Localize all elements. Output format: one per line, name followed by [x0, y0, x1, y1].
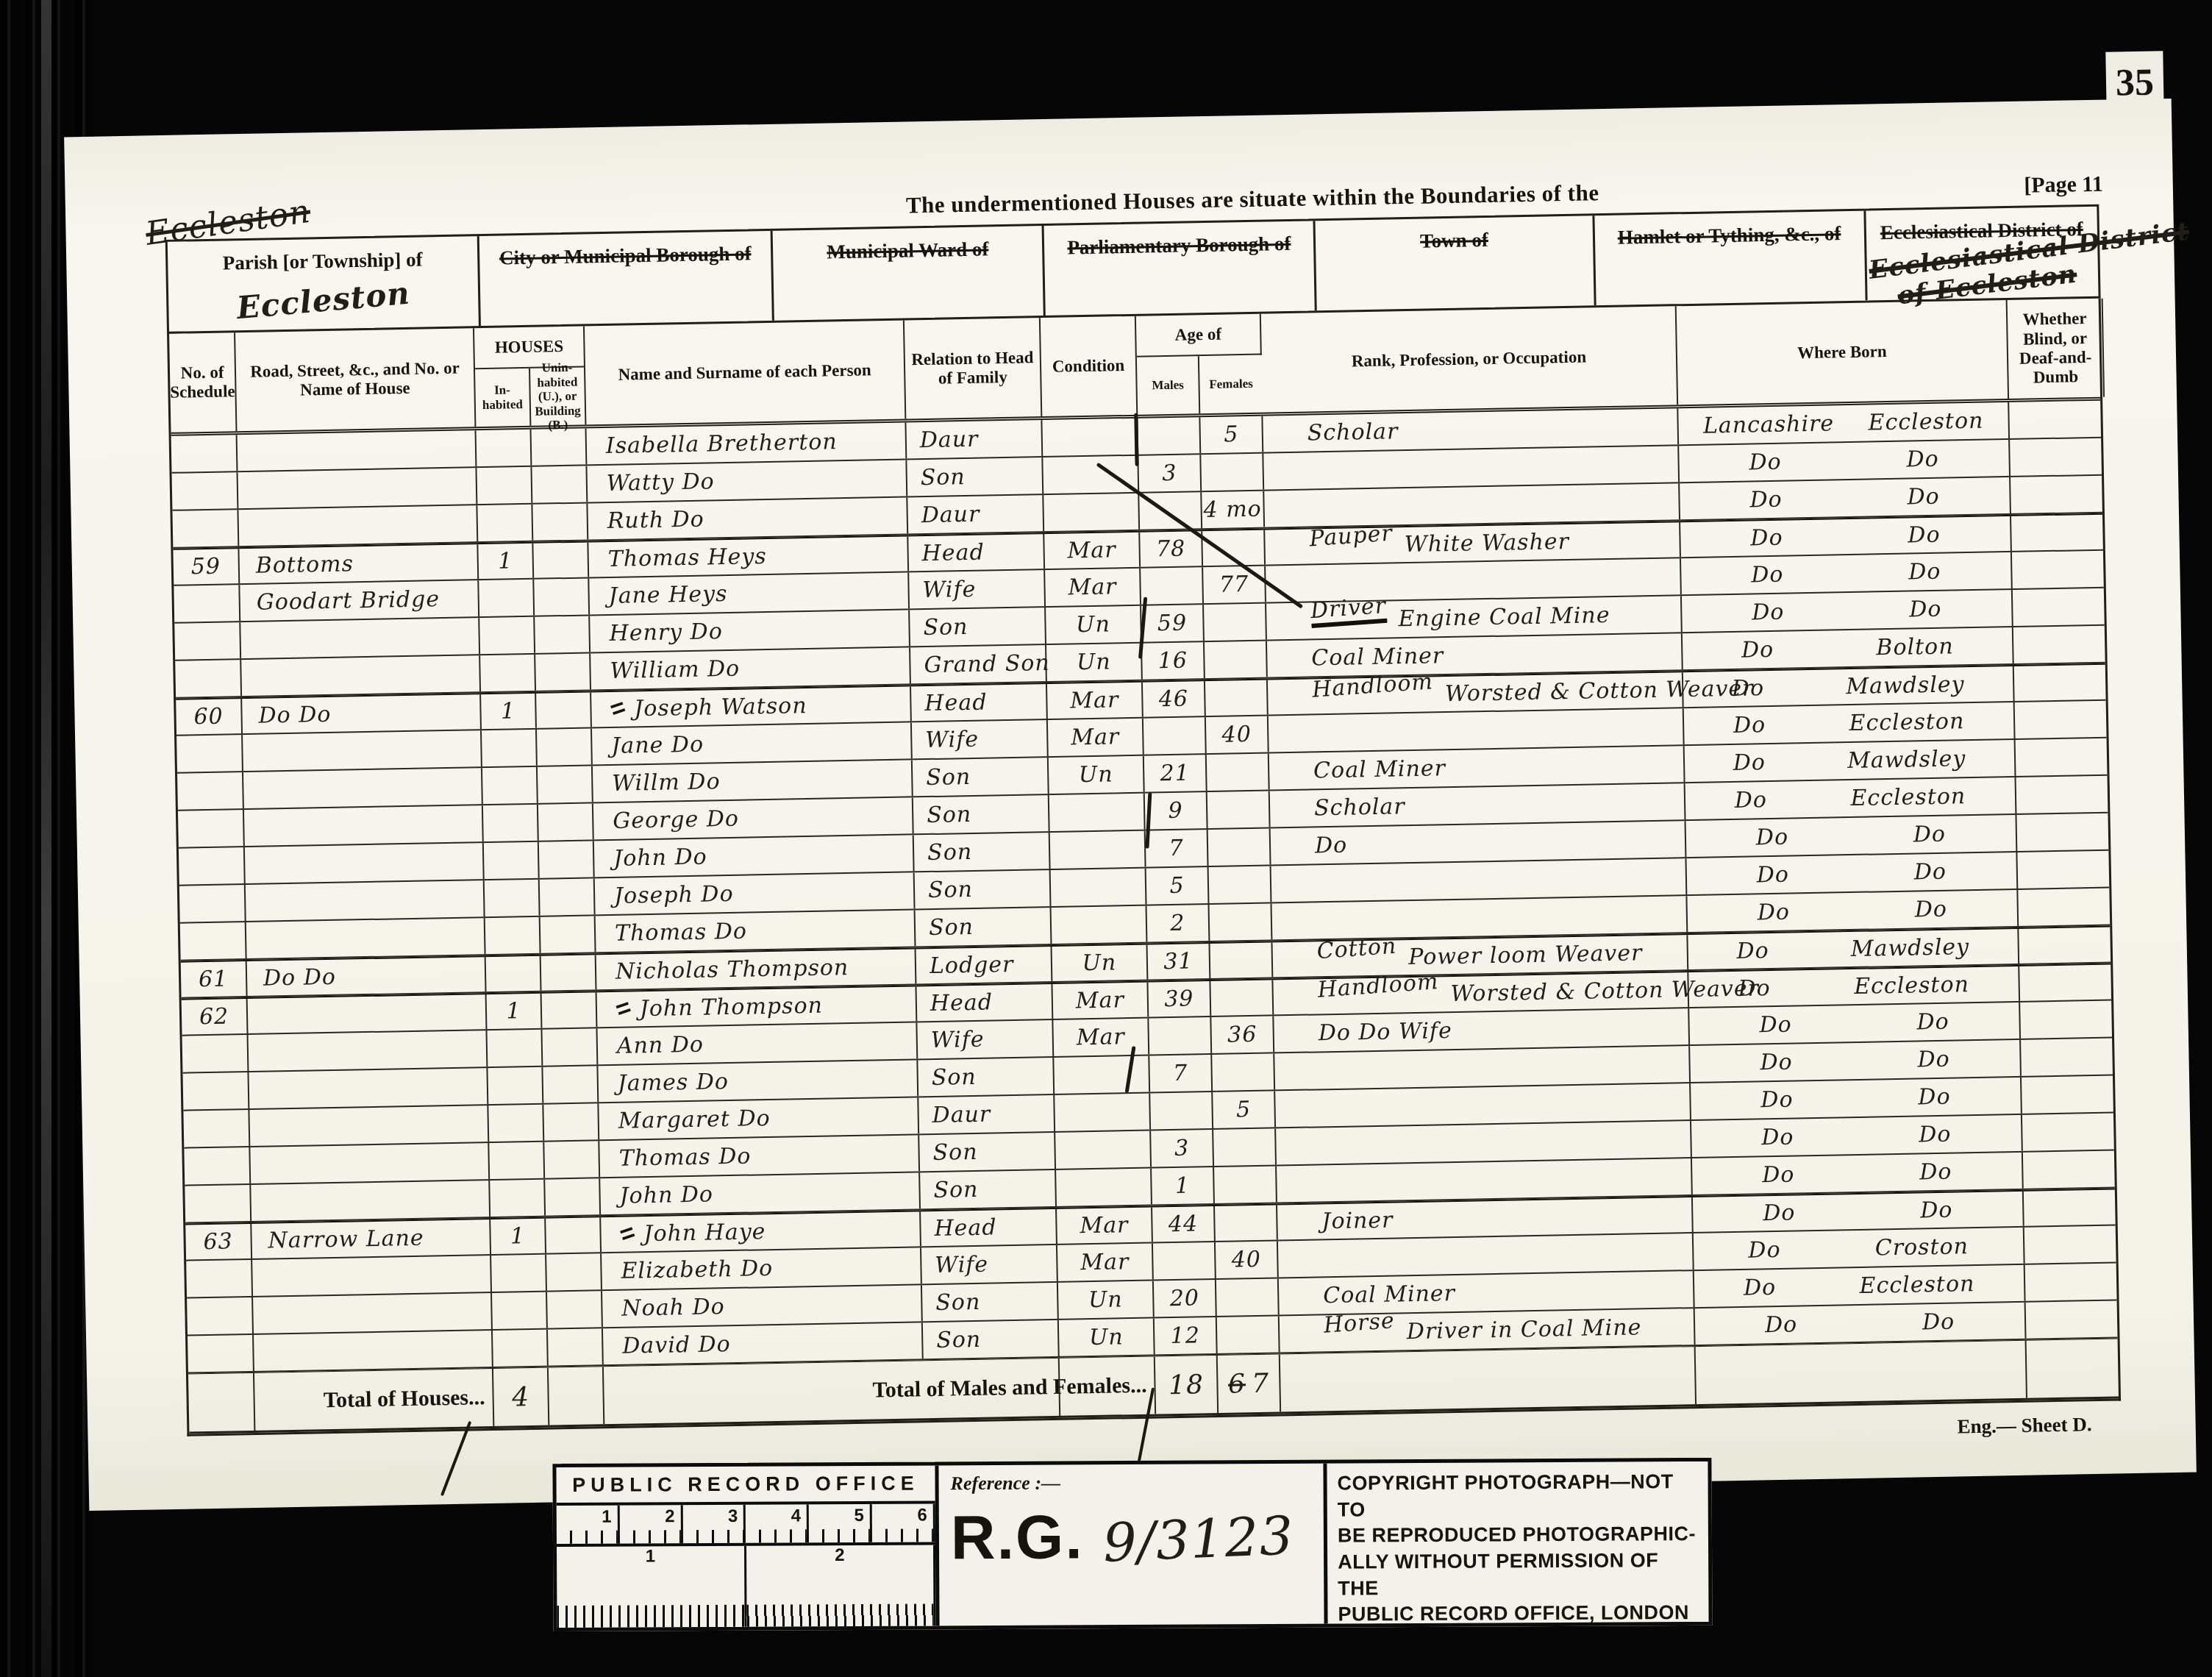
total-males-value: 18 — [1169, 1370, 1205, 1400]
born-place: Croston — [1875, 1233, 1969, 1261]
person-name: William Do — [610, 656, 740, 684]
ecclesiastical-box: Ecclesiastical District of Ecclesiastica… — [1866, 207, 2098, 301]
pro-ruler: PUBLIC RECORD OFFICE 1 2 3 4 5 6 1 2 — [556, 1465, 939, 1628]
born-place: Do — [1914, 897, 1947, 923]
col-header-schedule: No. of Schedule — [169, 332, 237, 432]
col-header-blind: Whether Blind, or Deaf-and-Dumb — [2008, 299, 2105, 399]
born-county: Do — [1749, 449, 1782, 476]
relation-to-head: Son — [929, 914, 974, 941]
reference-box: Reference :— R.G. 9/3123 — [938, 1464, 1327, 1626]
born-county: Do — [1761, 1125, 1794, 1151]
person-name: John Do — [619, 1181, 713, 1208]
town-label: Town of — [1420, 229, 1488, 252]
born-county: Do — [1750, 525, 1783, 552]
born-place: Bolton — [1876, 633, 1954, 661]
road-name: Do Do — [263, 964, 336, 991]
age-female: 40 — [1231, 1247, 1261, 1273]
born-place: Do — [1906, 446, 1939, 473]
age-male: 3 — [1162, 460, 1177, 486]
age-female: 4 mo — [1203, 496, 1262, 523]
reference-number: 9/3123 — [1102, 1504, 1294, 1573]
col-header-name: Name and Surname of each Person — [585, 321, 906, 425]
born-county: Do — [1756, 825, 1789, 851]
person-name: Watty Do — [607, 469, 715, 496]
condition: Un — [1079, 761, 1113, 788]
relation-to-head: Grand Son — [924, 650, 1050, 678]
age-male: 39 — [1164, 986, 1194, 1012]
relation-to-head: Son — [935, 1289, 981, 1316]
relation-to-head: Daur — [932, 1102, 991, 1128]
age-male: 21 — [1160, 761, 1190, 787]
age-male: 20 — [1169, 1285, 1199, 1311]
relation-to-head: Lodger — [930, 952, 1014, 979]
parish-box: Eccleston Parish [or Township] of Eccles… — [168, 236, 481, 332]
condition: Un — [1088, 1286, 1123, 1313]
born-place: Eccleston — [1849, 708, 1964, 736]
age-male: 44 — [1169, 1211, 1199, 1237]
born-county: Do — [1732, 675, 1765, 702]
col-header-road: Road, Street, &c., and No. or Name of Ho… — [235, 328, 476, 431]
microfilm-frame: { "page": { "frame_number": "35", "bound… — [0, 0, 2212, 1677]
occupation-inserted-word: Driver — [1310, 593, 1388, 628]
born-place: Do — [1913, 822, 1947, 848]
relation-to-head: Son — [936, 1327, 982, 1353]
born-place: Mawdsley — [1846, 672, 1965, 699]
condition: Mar — [1080, 1212, 1129, 1239]
born-county: Do — [1759, 1012, 1792, 1039]
age-female: 36 — [1227, 1022, 1257, 1048]
born-county: Do — [1744, 1275, 1777, 1301]
occupation-inserted-word: Horse — [1323, 1308, 1396, 1339]
person-name: Ann Do — [617, 1032, 704, 1059]
schedule-number: 62 — [199, 1004, 229, 1030]
born-county: Do — [1735, 787, 1768, 813]
born-place: Mawdsley — [1847, 746, 1966, 774]
condition: Mar — [1070, 687, 1119, 713]
col-header-occupation: Rank, Profession, or Occupation — [1261, 306, 1678, 412]
born-county: Do — [1749, 487, 1783, 513]
occupation: White Washer — [1405, 529, 1570, 558]
film-edge — [41, 0, 51, 1677]
born-county: Do — [1748, 1237, 1781, 1264]
relation-to-head: Wife — [922, 577, 976, 603]
reference-label: Reference :— — [950, 1471, 1311, 1495]
relation-to-head: Son — [927, 802, 972, 828]
col-header-uninhabited: Unin-habited (U.), or Building (B.) — [530, 367, 586, 425]
born-place: Do — [1918, 1084, 1951, 1111]
occupation: Driver in Coal Mine — [1407, 1314, 1642, 1345]
relation-to-head: Son — [933, 1177, 979, 1203]
age-male: 2 — [1170, 911, 1185, 936]
ward-label: Municipal Ward of — [827, 238, 989, 263]
person-name: Nicholas Thompson — [616, 955, 849, 985]
parliamentary-label: Parliamentary Borough of — [1067, 232, 1291, 259]
relation-to-head: Son — [928, 877, 974, 903]
pen-mark: = — [612, 994, 634, 1025]
age-male: 31 — [1163, 948, 1194, 975]
relation-to-head: Head — [934, 1214, 997, 1242]
born-county: Do — [1751, 562, 1784, 588]
born-place: Do — [1922, 1309, 1955, 1336]
person-name: Joseph Watson — [634, 693, 807, 722]
hamlet-label: Hamlet or Tything, &c., of — [1617, 222, 1841, 249]
person-name: James Do — [618, 1069, 729, 1097]
born-place: Eccleston — [1850, 783, 1966, 811]
relation-to-head: Son — [920, 464, 966, 491]
born-place: Do — [1916, 1009, 1949, 1036]
born-county: Lancashire — [1703, 410, 1835, 438]
age-female: 5 — [1224, 421, 1239, 447]
borough-label: City or Municipal Borough of — [499, 242, 752, 268]
person-name: George Do — [613, 806, 739, 834]
age-male: 3 — [1174, 1136, 1190, 1161]
schedule-number: 59 — [190, 554, 221, 580]
born-place: Do — [1919, 1122, 1952, 1148]
copyright-notice: COPYRIGHT PHOTOGRAPH—NOT TO BE REPRODUCE… — [1327, 1461, 1708, 1624]
person-name: David Do — [622, 1331, 731, 1359]
age-male: 78 — [1156, 536, 1186, 563]
condition: Un — [1077, 649, 1111, 675]
relation-to-head: Daur — [920, 427, 979, 453]
relation-to-head: Daur — [921, 502, 980, 528]
born-county: Do — [1765, 1311, 1798, 1338]
relation-to-head: Head — [924, 690, 988, 717]
relation-to-head: Head — [921, 540, 985, 567]
born-county: Do — [1757, 900, 1790, 926]
condition: Mar — [1076, 987, 1125, 1014]
person-name: Thomas Heys — [607, 544, 767, 572]
condition: Mar — [1076, 1024, 1125, 1050]
age-female: 77 — [1219, 572, 1249, 598]
occupation: Engine Coal Mine — [1398, 602, 1610, 632]
born-place: Do — [1920, 1197, 1953, 1224]
schedule-number: 61 — [199, 966, 229, 993]
born-county: Do — [1762, 1162, 1795, 1189]
age-male: 46 — [1158, 686, 1188, 713]
census-table-body: Isabella Bretherton Daur 5 Scholar Lanca… — [171, 401, 2118, 1374]
relation-to-head: Wife — [935, 1252, 988, 1278]
relation-to-head: Son — [923, 614, 968, 641]
person-name: Isabella Bretherton — [606, 429, 838, 459]
occupation: Do — [1315, 833, 1348, 859]
total-females-value: 7 — [1252, 1368, 1270, 1398]
age-male: 7 — [1173, 1061, 1188, 1086]
occupation: Coal Miner — [1323, 1281, 1455, 1309]
schedule-number: 60 — [193, 704, 224, 730]
born-county: Do — [1736, 938, 1769, 964]
reference-prefix: R.G. — [951, 1501, 1084, 1573]
born-place: Mawdsley — [1851, 934, 1970, 962]
born-place: Eccleston — [1859, 1271, 1974, 1299]
person-name: Thomas Do — [618, 1144, 751, 1172]
condition: Mar — [1067, 537, 1116, 563]
born-place: Do — [1913, 859, 1947, 886]
born-place: Do — [1909, 597, 1942, 623]
road-name: Bottoms — [256, 551, 354, 578]
page-number-label: [Page 11 — [2024, 172, 2103, 199]
person-name: Joseph Do — [614, 881, 734, 909]
age-female: 40 — [1221, 722, 1252, 748]
col-header-males: Males — [1137, 356, 1200, 415]
occupation: Joiner — [1321, 1208, 1394, 1235]
born-county: Do — [1733, 712, 1766, 738]
col-header-condition: Condition — [1041, 316, 1138, 416]
person-name: John Haye — [643, 1219, 766, 1247]
born-place: Do — [1908, 522, 1941, 549]
person-name: Noah Do — [621, 1294, 725, 1322]
born-county: Do — [1741, 637, 1774, 663]
col-header-females: Females — [1199, 355, 1263, 414]
born-county: Do — [1757, 862, 1790, 889]
born-place: Do — [1919, 1159, 1952, 1186]
town-box: Town of — [1316, 216, 1596, 310]
age-male: 1 — [1175, 1173, 1191, 1199]
person-name: Elizabeth Do — [621, 1256, 773, 1284]
totals-spacer — [188, 1373, 255, 1432]
age-male: 7 — [1169, 836, 1184, 861]
occupation: Power loom Weaver — [1408, 940, 1643, 970]
occupation: Do Do Wife — [1318, 1018, 1452, 1046]
person-name: Jane Heys — [608, 581, 727, 609]
relation-to-head: Son — [927, 839, 973, 866]
born-place: Eccleston — [1868, 408, 1983, 436]
age-female: 5 — [1236, 1097, 1252, 1122]
schedule-number: 63 — [203, 1228, 233, 1255]
borough-box: City or Municipal Borough of — [479, 231, 774, 326]
road-name: Goodart Bridge — [256, 586, 440, 616]
relation-to-head: Wife — [931, 1027, 985, 1053]
condition: Mar — [1068, 574, 1117, 600]
condition: Un — [1089, 1324, 1124, 1350]
born-place: Do — [1908, 559, 1941, 585]
parish-handwriting: Eccleston — [168, 268, 479, 333]
condition: Mar — [1080, 1249, 1130, 1275]
person-name: John Do — [613, 844, 707, 872]
relation-to-head: Son — [932, 1139, 978, 1166]
born-county: Do — [1763, 1200, 1796, 1227]
parliamentary-box: Parliamentary Borough of — [1044, 221, 1317, 316]
born-place: Do — [1907, 484, 1940, 510]
col-header-relation: Relation to Head of Family — [905, 318, 1042, 419]
age-male: 59 — [1157, 610, 1188, 637]
person-name: Ruth Do — [607, 507, 704, 534]
total-houses-value: 4 — [512, 1382, 530, 1412]
pen-mark: = — [607, 694, 629, 725]
occupation: Coal Miner — [1313, 755, 1446, 783]
pro-stamp: PUBLIC RECORD OFFICE 1 2 3 4 5 6 1 2 Ref… — [552, 1458, 1712, 1631]
relation-to-head: Head — [930, 989, 993, 1016]
person-name: Jane Do — [611, 732, 704, 759]
road-name: Do Do — [258, 702, 331, 729]
ward-box: Municipal Ward of — [773, 226, 1046, 321]
condition: Un — [1082, 950, 1116, 976]
road-name: Narrow Lane — [268, 1225, 424, 1254]
age-male: 5 — [1169, 873, 1185, 899]
person-name: Henry Do — [609, 619, 723, 647]
person-name: Willm Do — [612, 769, 721, 797]
age-male: 16 — [1158, 648, 1188, 674]
census-table: No. of Schedule Road, Street, &c., and N… — [167, 299, 2121, 1436]
age-male: 9 — [1168, 798, 1183, 824]
born-county: Do — [1733, 750, 1766, 776]
born-place: Eccleston — [1854, 972, 1969, 1000]
born-county: Do — [1760, 1050, 1793, 1076]
person-name: Thomas Do — [615, 919, 747, 947]
condition: Mar — [1071, 724, 1120, 750]
parish-label: Parish [or Township] of — [223, 249, 423, 274]
col-header-born: Where Born — [1677, 300, 2009, 405]
age-male: 12 — [1170, 1322, 1200, 1349]
pro-title: PUBLIC RECORD OFFICE — [556, 1465, 935, 1506]
occupation: Coal Miner — [1311, 643, 1444, 671]
houses-inhabited: 1 — [506, 998, 521, 1024]
relation-to-head: Son — [926, 764, 971, 791]
census-page: The undermentioned Houses are situate wi… — [64, 99, 2197, 1511]
houses-inhabited: 1 — [501, 698, 516, 724]
total-females-struck: 6 — [1228, 1369, 1246, 1399]
occupation-inserted-word: Cotton — [1316, 933, 1398, 965]
relation-to-head: Wife — [925, 727, 979, 753]
ruler-inches: 1 2 3 4 5 6 — [557, 1503, 935, 1547]
born-county: Do — [1760, 1087, 1794, 1114]
total-houses-label: Total of Houses... — [254, 1369, 494, 1431]
col-header-inhabited: In-habited — [475, 368, 531, 427]
born-county: Do — [1738, 975, 1771, 1002]
condition: Un — [1076, 611, 1110, 638]
pen-mark: = — [616, 1219, 638, 1250]
col-header-age-group: Age of — [1136, 314, 1262, 357]
ruler-centimetres: 1 2 — [557, 1545, 936, 1628]
born-place: Do — [1917, 1047, 1950, 1073]
relation-to-head: Son — [931, 1064, 977, 1091]
born-county: Do — [1752, 599, 1785, 626]
hamlet-box: Hamlet or Tything, &c., of — [1594, 211, 1867, 306]
person-name: Margaret Do — [618, 1105, 770, 1134]
total-mf-label: Total of Males and Females... — [1060, 1357, 1156, 1416]
person-name: John Thompson — [640, 993, 824, 1022]
occupation-inserted-word: Pauper — [1308, 520, 1394, 552]
occupation: Scholar — [1314, 794, 1405, 821]
houses-inhabited: 1 — [510, 1223, 526, 1249]
houses-inhabited: 1 — [498, 548, 513, 574]
occupation: Scholar — [1307, 419, 1398, 446]
